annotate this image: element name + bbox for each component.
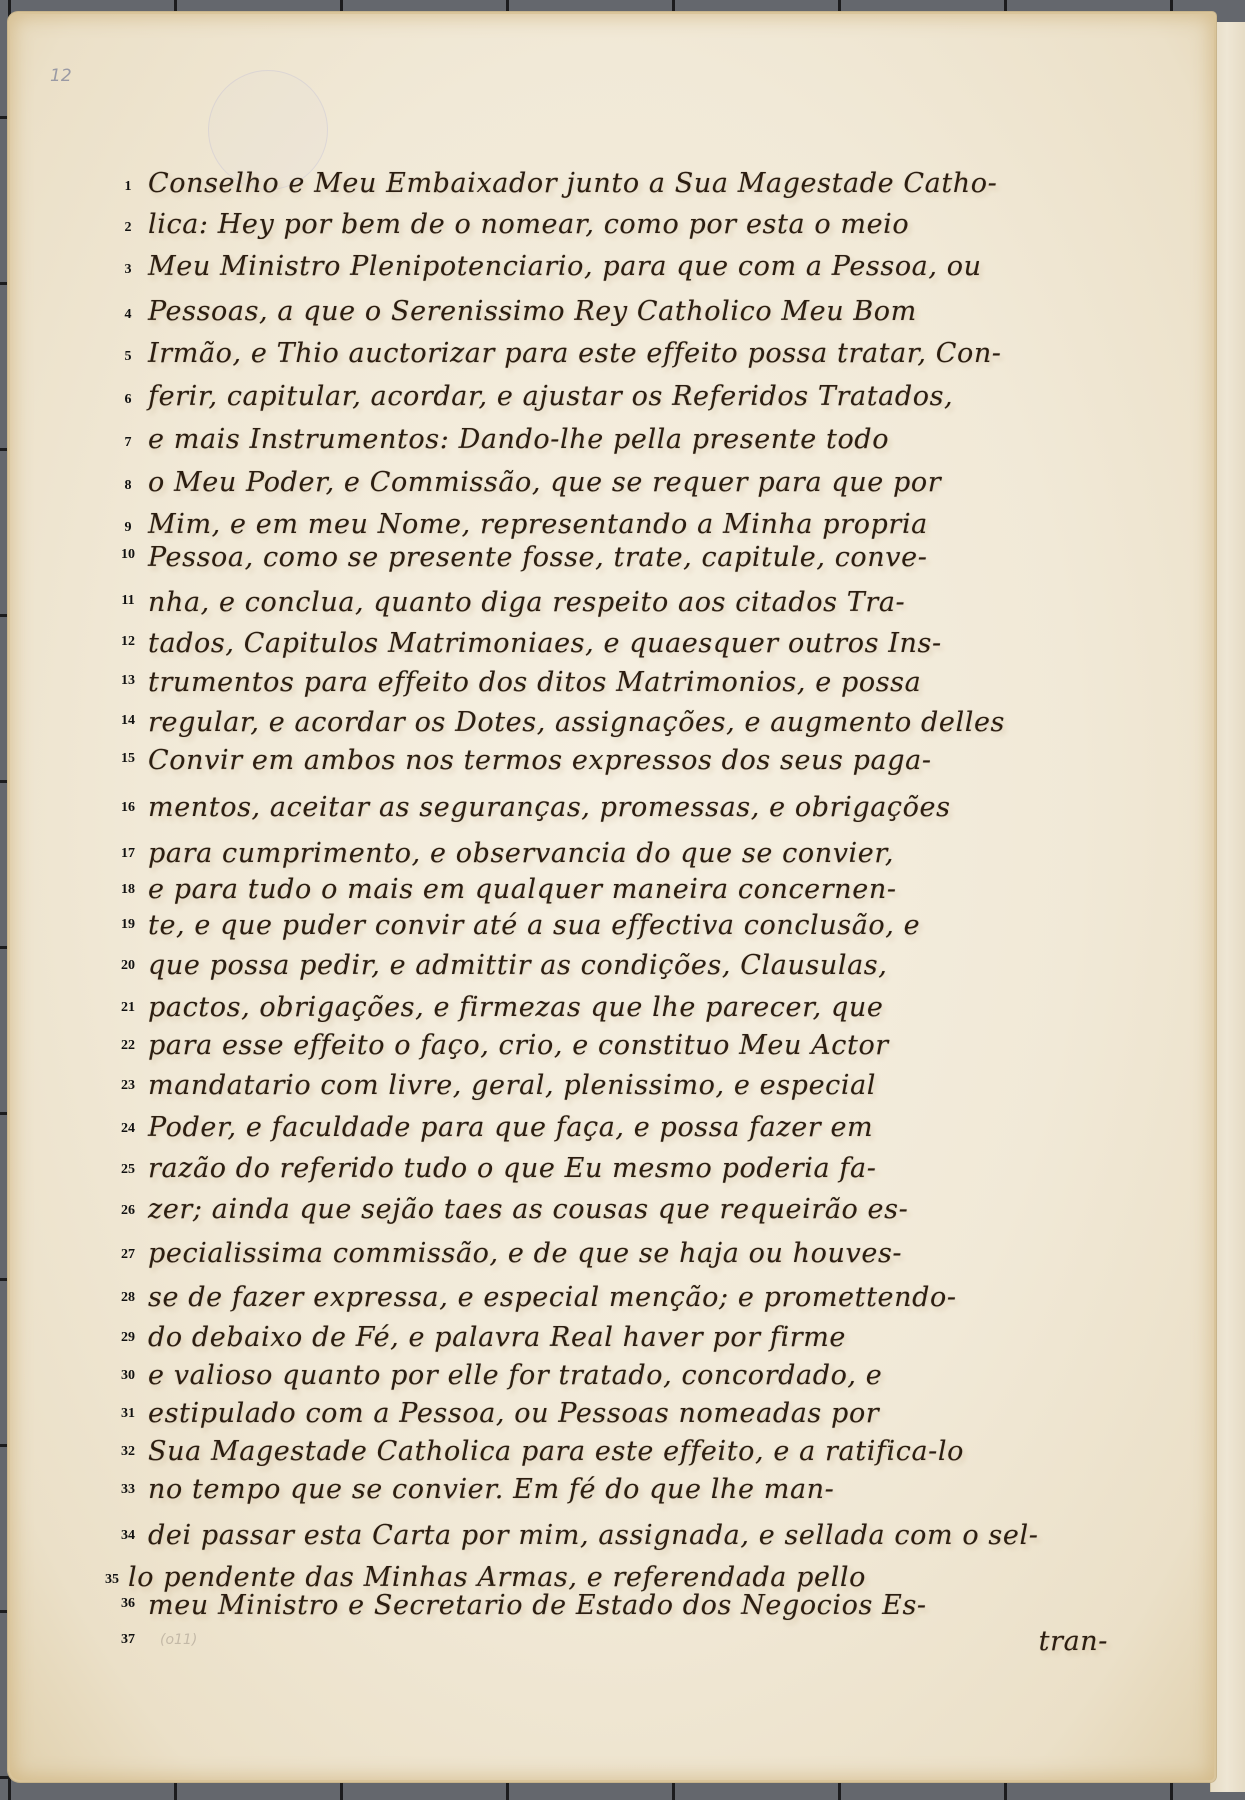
manuscript-line: te, e que puder convir até a sua effecti… — [148, 910, 1148, 941]
manuscript-line: razão do referido tudo o que Eu mesmo po… — [148, 1153, 1148, 1184]
manuscript-line: meu Ministro e Secretario de Estado dos … — [148, 1590, 1148, 1621]
manuscript-line: tados, Capitulos Matrimoniaes, e quaesqu… — [148, 628, 1148, 659]
manuscript-line-catchword: tran- — [148, 1626, 1108, 1657]
manuscript-line: mentos, aceitar as seguranças, promessas… — [148, 792, 1148, 823]
manuscript-line: o Meu Poder, e Commissão, que se requer … — [148, 467, 1148, 498]
manuscript-line: Pessoas, a que o Serenissimo Rey Catholi… — [148, 296, 1148, 327]
manuscript-page: 12 1 2 3 4 5 6 7 8 9 10 11 12 13 14 15 1… — [8, 12, 1216, 1782]
manuscript-line: pactos, obrigações, e firmezas que lhe p… — [148, 992, 1148, 1023]
manuscript-line: lica: Hey por bem de o nomear, como por … — [148, 209, 1148, 240]
manuscript-line: Conselho e Meu Embaixador junto a Sua Ma… — [148, 168, 1148, 199]
manuscript-line: para esse effeito o faço, crio, e consti… — [148, 1030, 1148, 1061]
manuscript-line: se de fazer expressa, e especial menção;… — [148, 1282, 1148, 1313]
manuscript-line: e valioso quanto por elle for tratado, c… — [148, 1360, 1148, 1391]
manuscript-line: lo pendente das Minhas Armas, e referend… — [128, 1562, 1128, 1593]
manuscript-line: Pessoa, como se presente fosse, trate, c… — [148, 542, 1148, 573]
manuscript-line: e mais Instrumentos: Dando-lhe pella pre… — [148, 424, 1148, 455]
manuscript-line: Mim, e em meu Nome, representando a Minh… — [148, 509, 1148, 540]
manuscript-line: nha, e conclua, quanto diga respeito aos… — [148, 587, 1148, 618]
manuscript-line: estipulado com a Pessoa, ou Pessoas nome… — [148, 1398, 1148, 1429]
manuscript-text: Conselho e Meu Embaixador junto a Sua Ma… — [8, 12, 1216, 1782]
manuscript-line: ferir, capitular, acordar, e ajustar os … — [148, 381, 1148, 412]
manuscript-line: Irmão, e Thio auctorizar para este effei… — [148, 338, 1148, 369]
manuscript-line: Poder, e faculdade para que faça, e poss… — [148, 1112, 1148, 1143]
manuscript-line: que possa pedir, e admittir as condições… — [148, 950, 1148, 981]
manuscript-line: Meu Ministro Plenipotenciario, para que … — [148, 251, 1148, 282]
manuscript-line: do debaixo de Fé, e palavra Real haver p… — [148, 1322, 1148, 1353]
manuscript-line: pecialissima commissão, e de que se haja… — [148, 1238, 1148, 1269]
manuscript-line: trumentos para effeito dos ditos Matrimo… — [148, 667, 1148, 698]
manuscript-line: e para tudo o mais em qualquer maneira c… — [148, 874, 1148, 905]
manuscript-line: mandatario com livre, geral, plenissimo,… — [148, 1070, 1148, 1101]
manuscript-line: Convir em ambos nos termos expressos dos… — [148, 745, 1148, 776]
manuscript-line: para cumprimento, e observancia do que s… — [148, 838, 1148, 869]
manuscript-line: zer; ainda que sejão taes as cousas que … — [148, 1194, 1148, 1225]
manuscript-line: no tempo que se convier. Em fé do que lh… — [148, 1474, 1148, 1505]
manuscript-line: Sua Magestade Catholica para este effeit… — [148, 1436, 1148, 1467]
pencil-mark: (o11) — [160, 1632, 197, 1648]
manuscript-line: dei passar esta Carta por mim, assignada… — [148, 1520, 1148, 1551]
manuscript-line: regular, e acordar os Dotes, assignações… — [148, 707, 1148, 738]
